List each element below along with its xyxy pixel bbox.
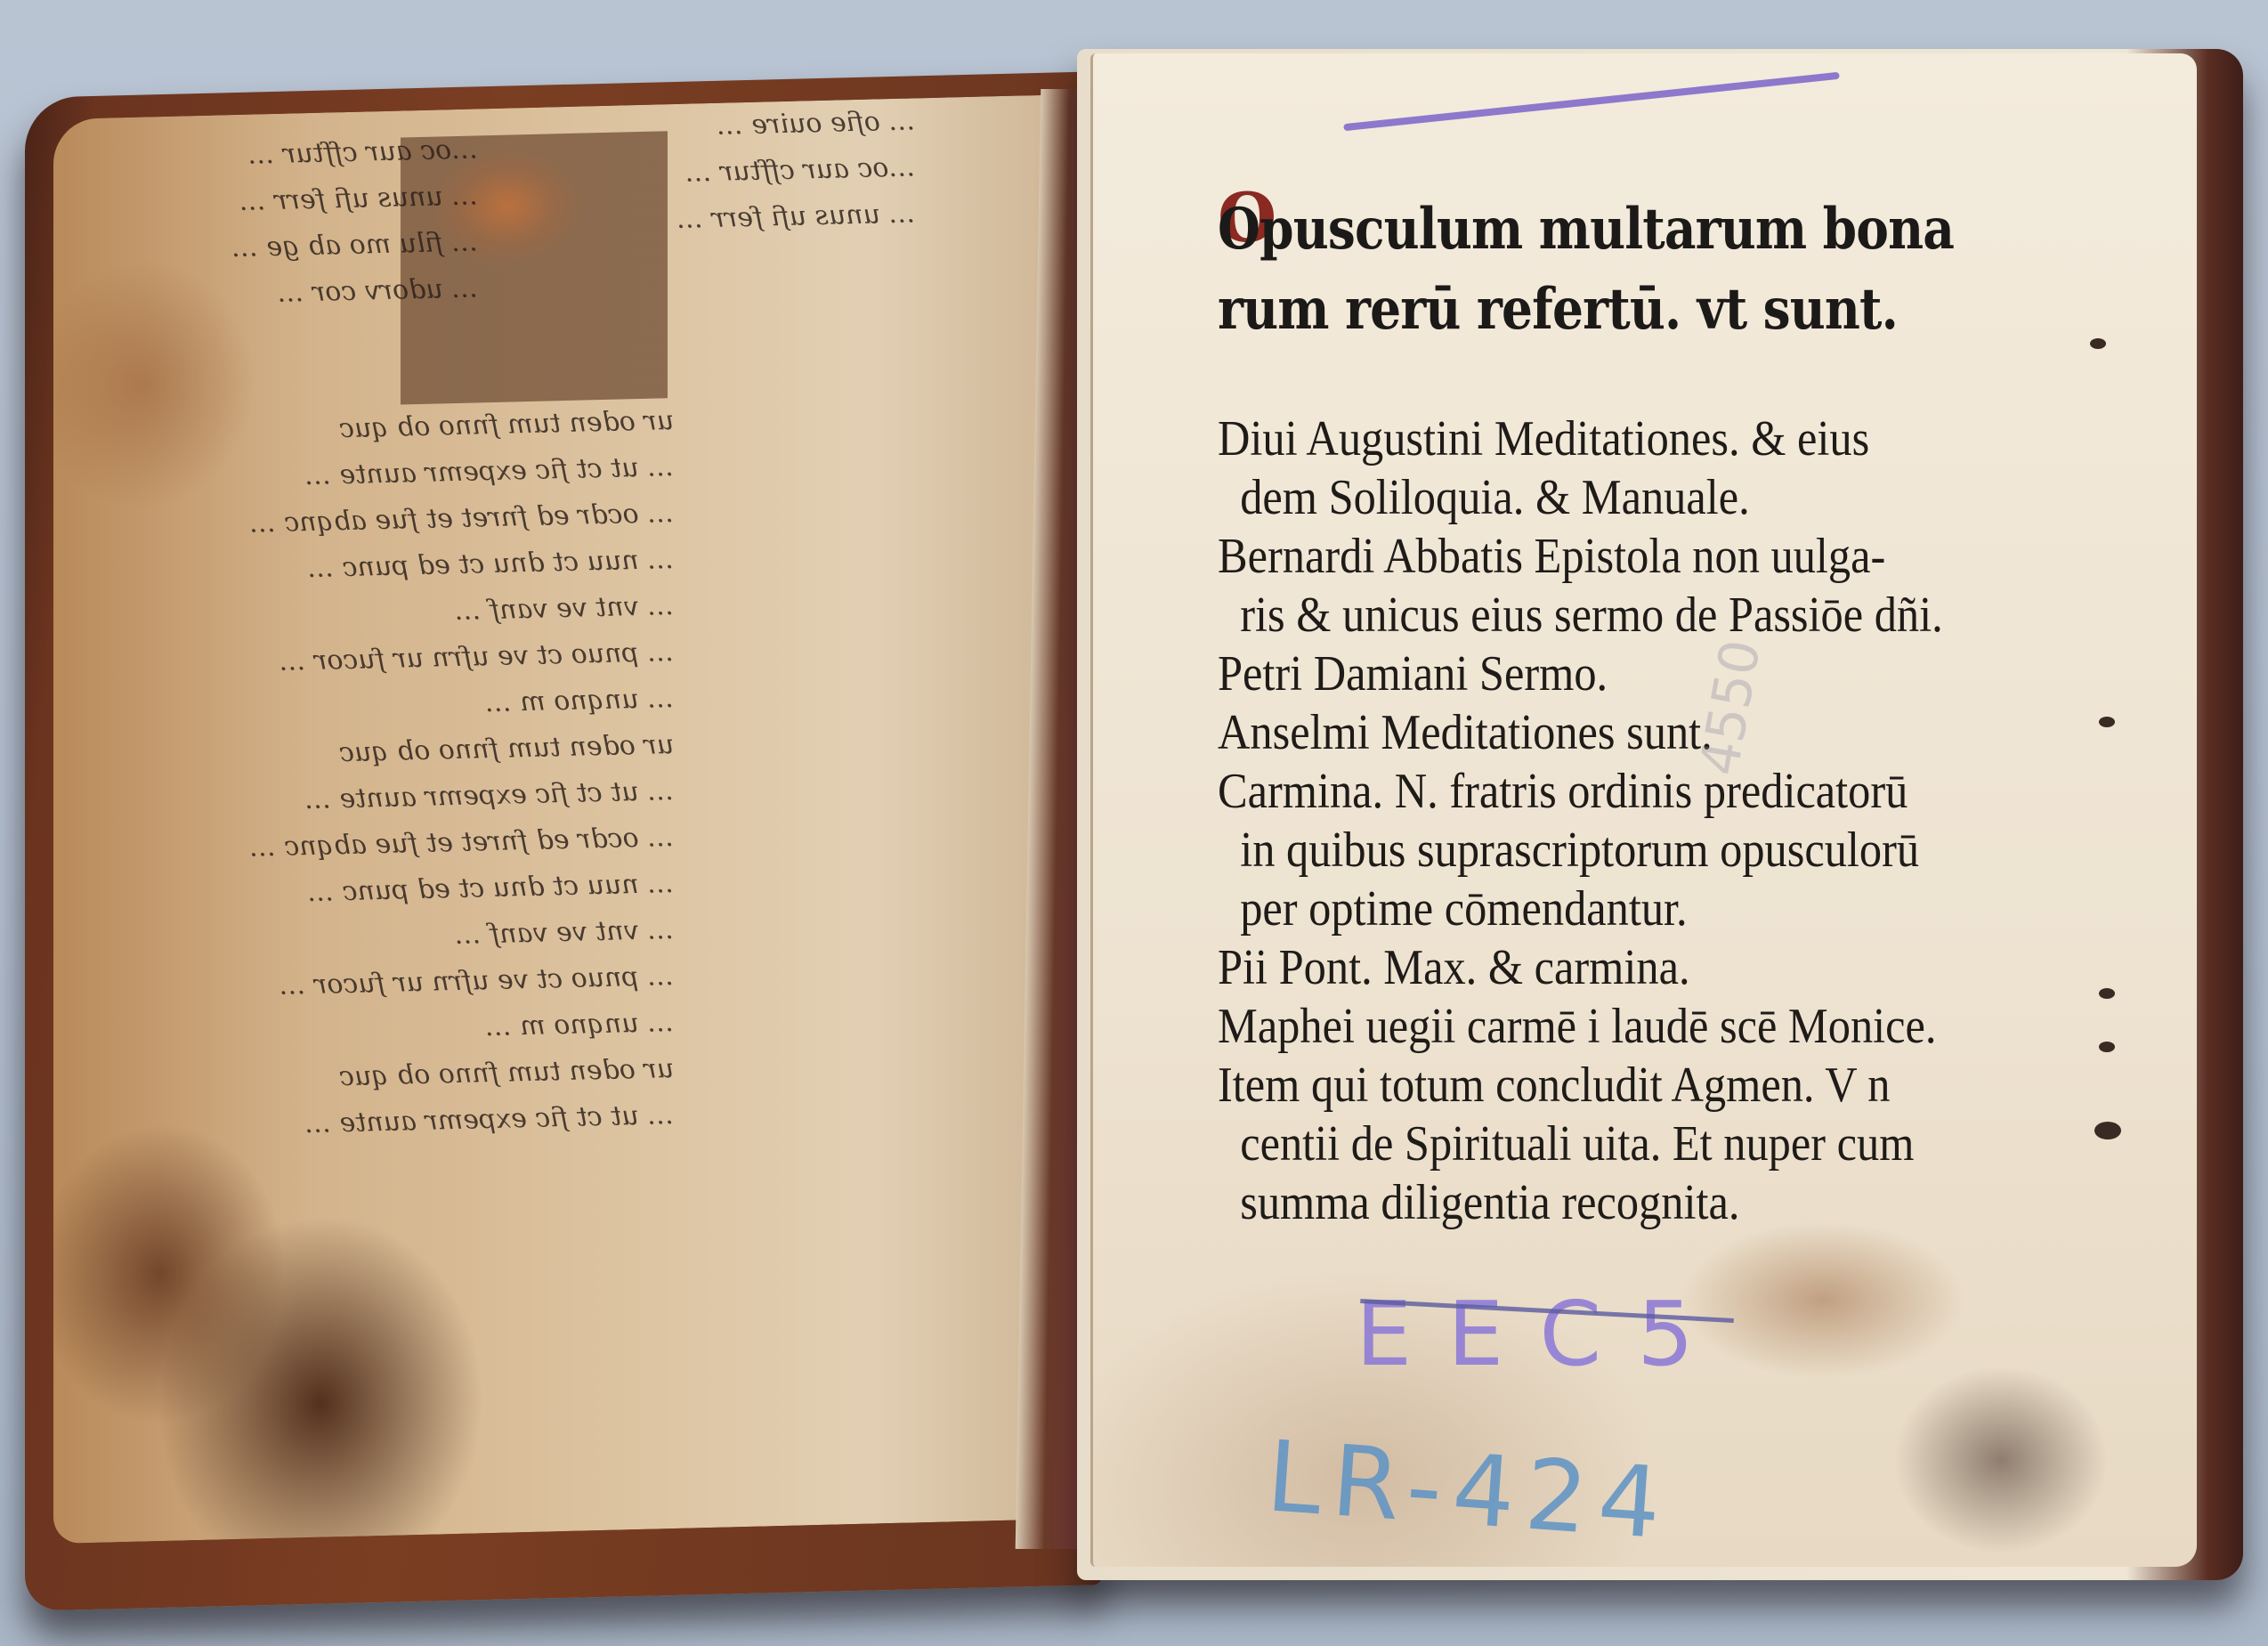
manuscript-line: … ofie ouire … xyxy=(676,98,915,150)
title-page: O Opusculum multarum bona rum rerū refer… xyxy=(1090,53,2197,1567)
contents-entry: Petri Damiani Sermo. xyxy=(1218,645,2091,703)
contents-entry: dem Soliloquia. & Manuale. xyxy=(1218,468,2091,527)
manuscript-line: … ut ct fic expemr aunte … xyxy=(249,1092,674,1149)
contents-list: Diui Augustini Meditationes. & eius dem … xyxy=(1218,409,2188,1232)
manuscript-line: … udorv cor … xyxy=(231,265,478,318)
manuscript-column-left: …oc aur cfftur … … unus ufi ferr … … fil… xyxy=(231,126,478,318)
contents-entry: Bernardi Abbatis Epistola non uulga- xyxy=(1218,527,2091,586)
manuscript-line: … unus ufi ferr … xyxy=(676,191,915,243)
contents-entry: in quibus suprascriptorum opusculorū xyxy=(1218,821,2091,880)
ink-spot xyxy=(2099,988,2115,999)
contents-entry: Pii Pont. Max. & carmina. xyxy=(1218,938,2091,997)
contents-entry: Anselmi Meditationes sunt. xyxy=(1218,703,2091,762)
manuscript-pastedown: …oc aur cfftur … … unus ufi ferr … … fil… xyxy=(53,94,1077,1544)
manuscript-line: … unus ufi ferr … xyxy=(231,173,478,225)
ink-spot xyxy=(2094,1122,2121,1139)
manuscript-line: …oc aur cfftur … xyxy=(231,126,478,179)
manuscript-main-block: ur oden tum fnno ob quc … ut ct fic expe… xyxy=(249,398,674,1149)
contents-entry: Maphei uegii carmē i laudē scē Monice. xyxy=(1218,997,2091,1056)
contents-entry: per optime cōmendantur. xyxy=(1218,880,2091,938)
contents-entry: summa diligentia recognita. xyxy=(1218,1173,2091,1232)
purple-pencil-stroke xyxy=(1343,72,1840,131)
contents-entry: Item qui totum concludit Agmen. V n xyxy=(1218,1056,2091,1115)
ink-spot xyxy=(2090,338,2106,349)
contents-entry: ris & unicus eius sermo de Passiōe dñi. xyxy=(1218,586,2091,645)
new-shelfmark: LR-424 xyxy=(1263,1419,1675,1561)
ink-spot xyxy=(2099,1042,2115,1052)
manuscript-line: …oc aur cfftur … xyxy=(676,144,915,197)
title-line-1: Opusculum multarum bona xyxy=(1218,196,1954,263)
ink-spot xyxy=(2099,717,2115,727)
title-line-2: rum rerū refertū. vt sunt. xyxy=(1218,276,1898,343)
contents-entry: centii de Spirituali uita. Et nuper cum xyxy=(1218,1115,2091,1173)
manuscript-line: … filu mo ab ge … xyxy=(231,219,478,272)
manuscript-column-right: … ofie ouire … …oc aur cfftur … … unus u… xyxy=(676,98,915,243)
contents-entry: Diui Augustini Meditationes. & eius xyxy=(1218,409,2091,468)
old-shelfmark: EEC5 xyxy=(1356,1282,1729,1386)
contents-entry: Carmina. N. fratris ordinis predicatorū xyxy=(1218,762,2091,821)
